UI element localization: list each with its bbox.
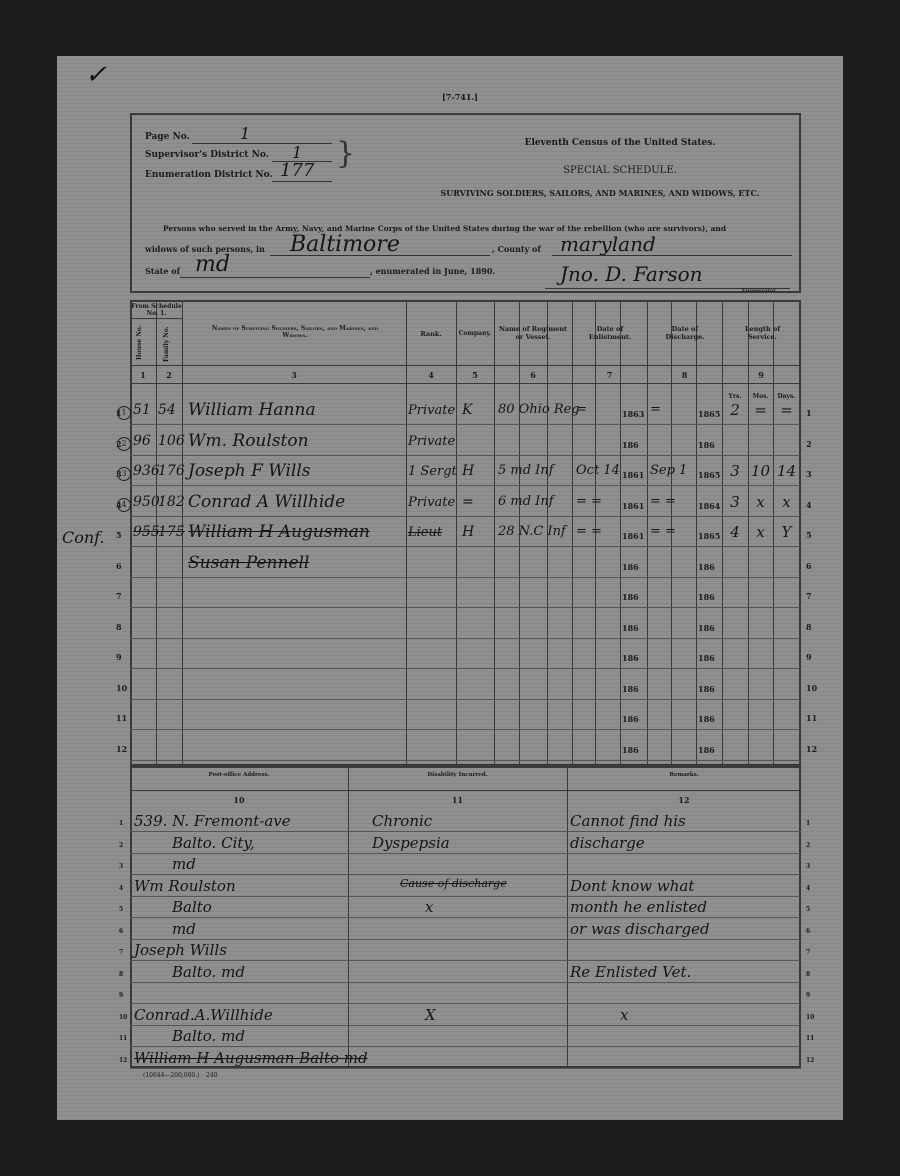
lower-row-number-right: 10	[806, 1014, 814, 1021]
lower-row-number-left: 4	[119, 885, 123, 892]
col-discharge: Date of Discharge.	[660, 325, 710, 341]
family-no: 106	[158, 433, 185, 449]
page-no-line	[192, 143, 332, 144]
lower-row-line	[130, 831, 801, 832]
remarks: month he enlisted	[570, 898, 707, 916]
row-number-right: 10	[806, 683, 817, 693]
row-number-right: 1	[806, 408, 812, 418]
enlistment-year: 186	[622, 745, 639, 755]
company: H	[462, 524, 474, 540]
lower-row-line	[130, 917, 801, 918]
lower-row-number-left: 5	[119, 906, 123, 913]
place-value: Baltimore	[290, 232, 400, 257]
row-number-right: 7	[806, 591, 812, 601]
lower-row-number-left: 8	[119, 971, 123, 978]
lower-row-line	[130, 960, 801, 961]
service-yrs: 3	[722, 493, 748, 511]
column-number: 1	[130, 370, 156, 380]
county-label: , County of	[492, 244, 541, 254]
discharge-year: 186	[698, 745, 715, 755]
row-number-right: 5	[806, 530, 812, 540]
lower-row-number-left: 3	[119, 863, 123, 870]
lower-row-number-right: 3	[806, 863, 810, 870]
print-number: 240	[206, 1072, 217, 1079]
enlistment-month: =	[576, 402, 587, 417]
page-no: 1	[240, 124, 250, 143]
row-line	[130, 577, 801, 578]
title-surviving: SURVIVING SOLDIERS, SAILORS, AND MARINES…	[400, 188, 800, 198]
lower-row-line	[130, 939, 801, 940]
row-line	[130, 546, 801, 547]
page-no-label: Page No.	[145, 132, 190, 142]
service-days: Y	[773, 523, 800, 541]
soldier-name: Susan Pennell	[188, 553, 309, 573]
enumeration-line	[272, 181, 332, 182]
row-line	[130, 699, 801, 700]
post-office-address: md	[172, 920, 196, 938]
row-number-right: 8	[806, 622, 812, 632]
house-no: 955	[133, 524, 160, 540]
post-office-address: Balto. City,	[172, 834, 255, 852]
remarks: Dont know what	[570, 877, 694, 895]
rank: Private	[408, 434, 455, 449]
enlistment-year: 1861	[622, 470, 644, 480]
enlistment-month: = =	[576, 494, 602, 509]
rank: Private	[408, 403, 455, 418]
enlistment-year: 1861	[622, 501, 644, 511]
row-number-left: 12	[116, 744, 127, 754]
house-no: 96	[133, 433, 151, 449]
column-number: 8	[647, 370, 722, 380]
row-number-left: 8	[116, 622, 122, 632]
row-line	[130, 485, 801, 486]
service-mos: 10	[748, 462, 773, 480]
soldier-name: William Hanna	[188, 400, 316, 420]
lower-row-number-left: 9	[119, 992, 123, 999]
discharge-year: 1864	[698, 501, 720, 511]
lower-row-line	[130, 1046, 801, 1047]
discharge-month: =	[650, 402, 661, 417]
lower-row-line	[130, 1003, 801, 1004]
col-house-no: House No.	[136, 325, 143, 360]
from-schedule-line	[130, 318, 182, 319]
column-number: 9	[722, 370, 800, 380]
margin-note: Conf.	[62, 528, 105, 547]
lower-row-number-left: 1	[119, 820, 123, 827]
row-line	[130, 424, 801, 425]
remarks: Re Enlisted Vet.	[570, 963, 691, 981]
discharge-month: = =	[650, 494, 676, 509]
col-days: Days.	[773, 393, 800, 400]
col-regiment: Name of Regiment or Vessel.	[494, 325, 572, 341]
house-no: 51	[133, 402, 151, 418]
col-names: Names of Surviving Soldiers, Sailors, an…	[200, 325, 390, 339]
soldier-name: Conrad A Willhide	[188, 492, 345, 512]
lower-header-line	[130, 790, 801, 791]
state-value: md	[195, 252, 230, 277]
lower-row-line	[130, 896, 801, 897]
row-circle: 1	[117, 406, 131, 420]
discharge-year: 186	[698, 714, 715, 724]
row-number-right: 11	[806, 713, 817, 723]
row-circle: 2	[117, 437, 131, 451]
row-number-left: 11	[116, 713, 127, 723]
discharge-month: Sep 1	[650, 463, 687, 478]
lower-row-number-right: 9	[806, 992, 810, 999]
lower-row-number-right: 11	[806, 1035, 814, 1042]
lower-row-number-left: 12	[119, 1057, 127, 1064]
company: K	[462, 402, 472, 418]
column-number: 2	[156, 370, 182, 380]
column-number: 3	[182, 370, 406, 380]
service-yrs: 3	[722, 462, 748, 480]
service-yrs: 4	[722, 523, 748, 541]
discharge-year: 1865	[698, 531, 720, 541]
row-number-right: 12	[806, 744, 817, 754]
post-office-address: William H Augusman Balto md	[134, 1049, 368, 1067]
discharge-year: 1865	[698, 409, 720, 419]
post-office-address: Wm Roulston	[134, 877, 236, 895]
lower-row-number-right: 5	[806, 906, 810, 913]
post-office-address: md	[172, 855, 196, 873]
remarks-col-num: 12	[567, 795, 801, 805]
company: H	[462, 463, 474, 479]
regiment: 28 N.C Inf	[498, 524, 566, 539]
soldier-name: Wm. Roulston	[188, 431, 309, 451]
check-mark: ✓	[85, 60, 107, 90]
column-number: 5	[456, 370, 494, 380]
header-line	[130, 383, 801, 384]
discharge-year: 186	[698, 592, 715, 602]
lower-row-number-right: 12	[806, 1057, 814, 1064]
regiment: 5 md Inf	[498, 463, 554, 478]
enlistment-year: 186	[622, 623, 639, 633]
enlistment-year: 186	[622, 440, 639, 450]
enumeration-no: 177	[280, 160, 314, 181]
row-number-right: 2	[806, 439, 812, 449]
row-number-right: 3	[806, 469, 812, 479]
row-number-right: 6	[806, 561, 812, 571]
soldier-name: Joseph F Wills	[188, 461, 310, 481]
enumerated-label: , enumerated in June, 1890.	[370, 266, 495, 276]
soldier-name: William H Augusman	[188, 522, 370, 542]
supervisor-label: Supervisor's District No.	[145, 150, 269, 160]
lower-row-line	[130, 1068, 801, 1069]
post-office-address: 539. N. Fremont-ave	[134, 812, 291, 830]
family-no: 176	[158, 463, 185, 479]
lower-row-line	[130, 853, 801, 854]
row-number-right: 9	[806, 652, 812, 662]
col-family-no: Family No.	[163, 326, 170, 362]
discharge-year: 186	[698, 653, 715, 663]
family-no: 54	[158, 402, 176, 418]
col-from-schedule: From Schedule No. 1.	[131, 303, 182, 317]
row-number-left: 10	[116, 683, 127, 693]
enumerator-name: Jno. D. Farson	[560, 262, 703, 286]
regiment: 6 md Inf	[498, 494, 554, 509]
post-office-address: Balto. md	[172, 1027, 245, 1045]
col-mos: Mos.	[748, 393, 773, 400]
address-header: Post-office Address.	[130, 772, 348, 778]
form-code: [7-741.]	[440, 92, 480, 102]
disability: Dyspepsia	[372, 834, 450, 852]
discharge-month: = =	[650, 524, 676, 539]
row-line	[130, 668, 801, 669]
discharge-year: 186	[698, 562, 715, 572]
remarks: or was discharged	[570, 920, 710, 938]
discharge-year: 1865	[698, 470, 720, 480]
discharge-year: 186	[698, 440, 715, 450]
remarks: Cannot find his	[570, 812, 686, 830]
state-label: State of	[145, 266, 180, 276]
lower-row-number-left: 2	[119, 842, 123, 849]
row-circle: 3	[117, 467, 131, 481]
family-no: 175	[158, 524, 185, 540]
county-value: maryland	[560, 232, 656, 256]
address-col-num: 10	[130, 795, 348, 805]
lower-row-number-left: 6	[119, 928, 123, 935]
enumerator-label: Enumerator.	[742, 288, 777, 294]
lower-row-number-left: 10	[119, 1014, 127, 1021]
row-line	[130, 760, 801, 761]
enlistment-year: 186	[622, 714, 639, 724]
col-enlistment: Date of Enlistment.	[585, 325, 635, 341]
discharge-year: 186	[698, 623, 715, 633]
row-number-left: 7	[116, 591, 122, 601]
intro-line: Persons who served in the Army, Navy, an…	[145, 224, 795, 233]
post-office-address: Balto. md	[172, 963, 245, 981]
lower-row-number-left: 7	[119, 949, 123, 956]
col-yrs: Yrs.	[722, 393, 748, 400]
service-days: =	[773, 401, 800, 419]
lower-row-line	[130, 874, 801, 875]
enlistment-year: 1861	[622, 531, 644, 541]
enlistment-year: 186	[622, 592, 639, 602]
row-number-right: 4	[806, 500, 812, 510]
row-line	[130, 729, 801, 730]
enlistment-year: 1863	[622, 409, 644, 419]
disability: X	[425, 1006, 436, 1024]
title-eleventh-census: Eleventh Census of the United States.	[470, 138, 770, 148]
house-no: 950	[133, 494, 160, 510]
enlistment-month: Oct 14	[576, 463, 620, 478]
row-circle: 4	[117, 498, 131, 512]
remarks: x	[620, 1006, 628, 1024]
rank: Private	[408, 495, 455, 510]
brace: }	[336, 124, 355, 184]
lower-row-number-right: 1	[806, 820, 810, 827]
service-mos: x	[748, 523, 773, 541]
lower-row-number-right: 6	[806, 928, 810, 935]
row-line	[130, 607, 801, 608]
row-number-left: 9	[116, 652, 122, 662]
row-line	[130, 638, 801, 639]
col-rank: Rank.	[406, 330, 456, 338]
rank: 1 Sergt	[408, 464, 457, 479]
enlistment-year: 186	[622, 653, 639, 663]
family-no: 182	[158, 494, 185, 510]
remarks-header: Remarks.	[567, 772, 801, 778]
post-office-address: Conrad.A.Willhide	[134, 1006, 273, 1024]
lower-row-number-right: 4	[806, 885, 810, 892]
lower-row-line	[130, 1025, 801, 1026]
row-line	[130, 455, 801, 456]
disability-header: Disability Incurred.	[348, 772, 567, 778]
enlistment-year: 186	[622, 684, 639, 694]
row-number-left: 6	[116, 561, 122, 571]
disability: Cause of discharge	[400, 877, 507, 890]
house-no: 936	[133, 463, 160, 479]
row-number-left: 5	[116, 530, 122, 540]
lower-row-number-right: 8	[806, 971, 810, 978]
enlistment-year: 186	[622, 562, 639, 572]
company: =	[462, 494, 474, 510]
column-number: 4	[406, 370, 456, 380]
column-number: 6	[494, 370, 572, 380]
title-special-schedule: SPECIAL SCHEDULE.	[470, 165, 770, 176]
disability: Chronic	[372, 812, 432, 830]
header-line	[130, 365, 801, 366]
lower-row-line	[130, 982, 801, 983]
disability-col-num: 11	[348, 795, 567, 805]
column-number: 7	[572, 370, 647, 380]
service-days: x	[773, 493, 800, 511]
service-days: 14	[773, 462, 800, 480]
col-service: Length of Service.	[735, 325, 790, 341]
disability: x	[425, 898, 433, 916]
lower-row-number-left: 11	[119, 1035, 127, 1042]
enumeration-label: Enumeration District No.	[145, 170, 273, 180]
service-mos: =	[748, 401, 773, 419]
post-office-address: Joseph Wills	[134, 941, 227, 959]
remarks: discharge	[570, 834, 645, 852]
enlistment-month: = =	[576, 524, 602, 539]
lower-row-number-right: 7	[806, 949, 810, 956]
post-office-address: Balto	[172, 898, 212, 916]
rank: Lieut	[408, 525, 442, 540]
state-line	[180, 277, 370, 278]
service-mos: x	[748, 493, 773, 511]
service-yrs: 2	[722, 401, 748, 419]
discharge-year: 186	[698, 684, 715, 694]
lower-row-number-right: 2	[806, 842, 810, 849]
col-company: Company.	[456, 330, 494, 337]
print-code: (10644—200,000.)	[143, 1072, 200, 1079]
regiment: 80 Ohio Reg	[498, 402, 580, 417]
row-line	[130, 516, 801, 517]
